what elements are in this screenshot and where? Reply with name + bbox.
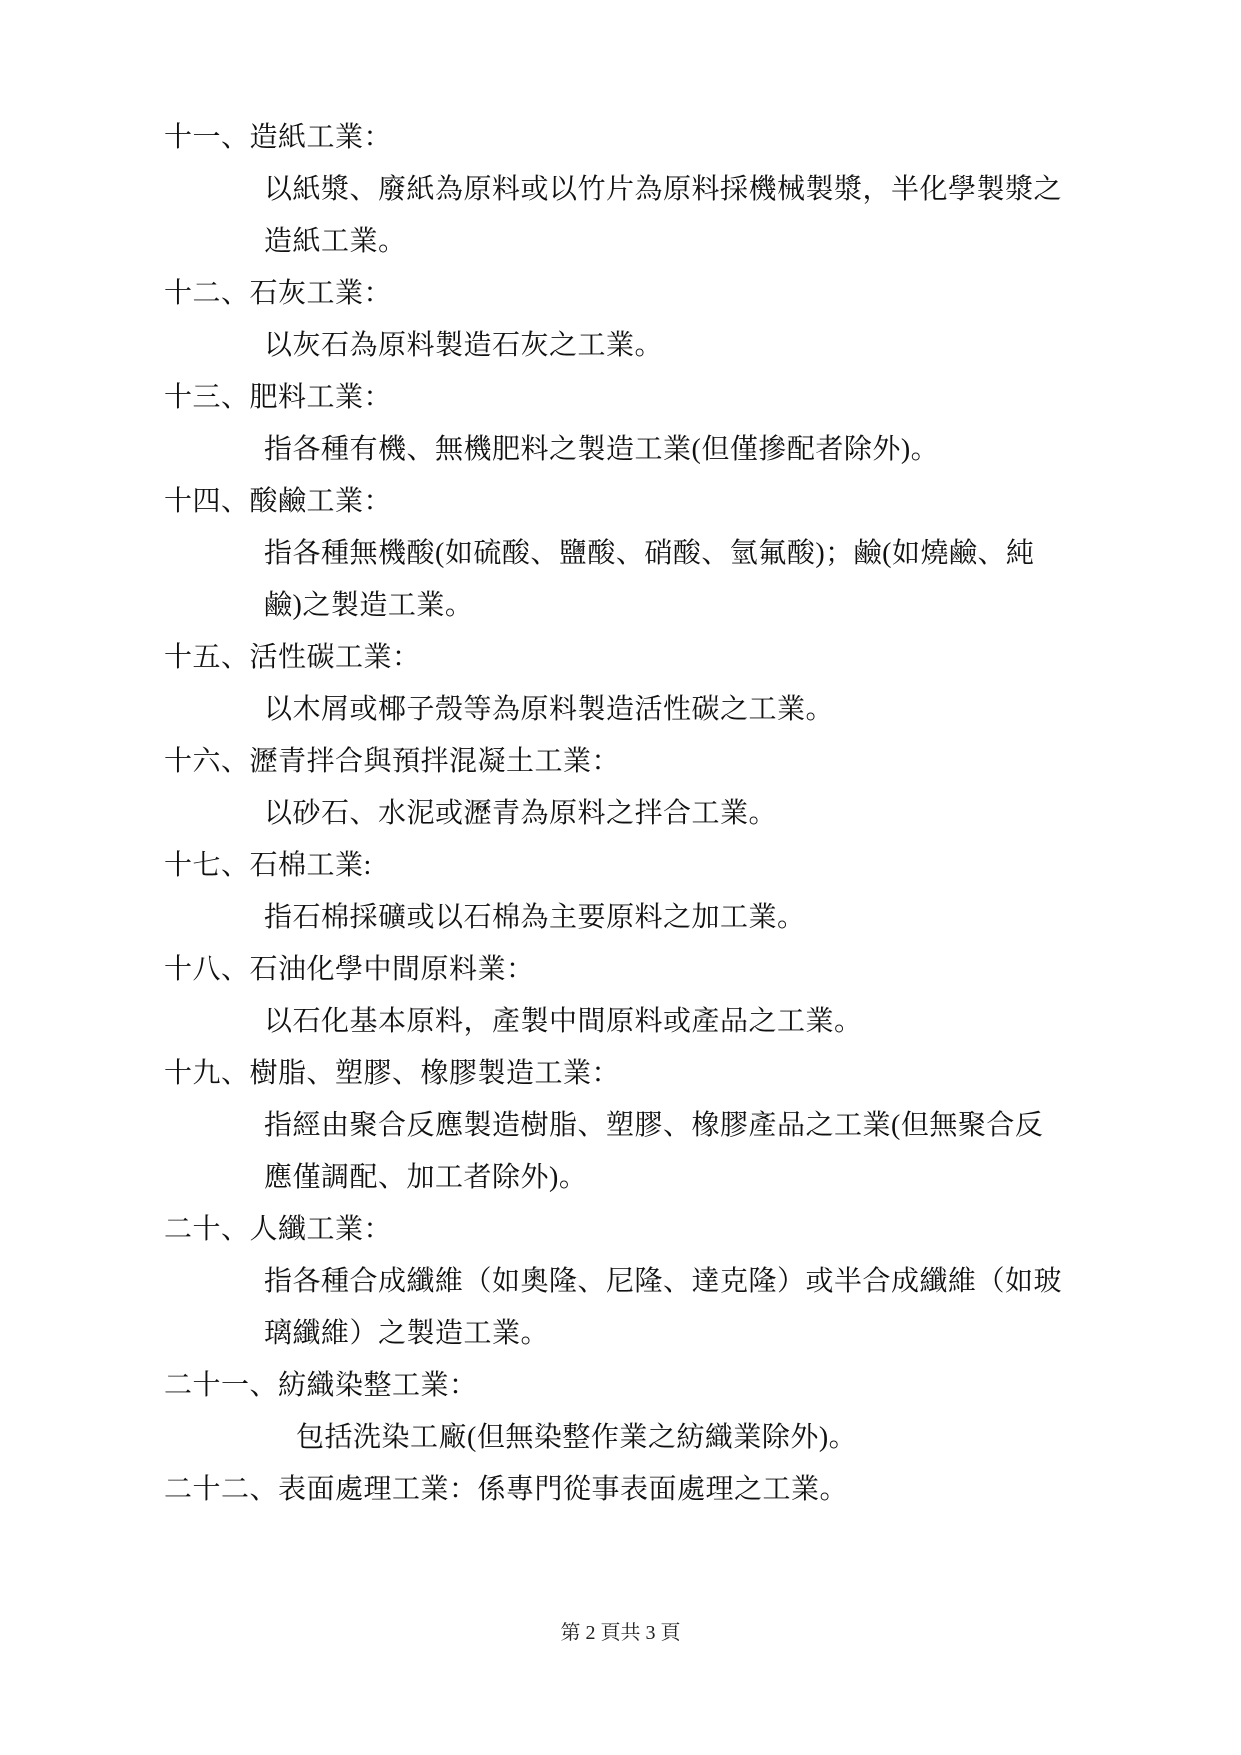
item-15-body-line-1: 以木屑或椰子殼等為原料製造活性碳之工業。 <box>164 684 1181 736</box>
item-17-heading: 十七、石棉工業: <box>164 840 1181 892</box>
item-16-heading: 十六、瀝青拌合與預拌混凝土工業： <box>164 736 1181 788</box>
item-21-body-line-1: 包括洗染工廠(但無染整作業之紡織業除外)。 <box>164 1412 1181 1464</box>
item-14-heading: 十四、酸鹼工業： <box>164 476 1181 528</box>
item-21-heading: 二十一、紡織染整工業： <box>164 1360 1181 1412</box>
item-13-body-line-1: 指各種有機、無機肥料之製造工業(但僅摻配者除外)。 <box>164 424 1181 476</box>
page-number-text: 第 2 頁共 3 頁 <box>561 1622 681 1644</box>
item-19-body-line-2: 應僅調配、加工者除外)。 <box>164 1152 1181 1204</box>
item-12-body-line-1: 以灰石為原料製造石灰之工業。 <box>164 320 1181 372</box>
item-16-body-line-1: 以砂石、水泥或瀝青為原料之拌合工業。 <box>164 788 1181 840</box>
item-14-body-line-2: 鹼)之製造工業。 <box>164 580 1181 632</box>
item-11-heading: 十一、造紙工業： <box>164 112 1181 164</box>
item-22-heading: 二十二、表面處理工業：係專門從事表面處理之工業。 <box>164 1464 1181 1516</box>
item-18-heading: 十八、石油化學中間原料業： <box>164 944 1181 996</box>
document-page: 十一、造紙工業： 以紙漿、廢紙為原料或以竹片為原料採機械製漿，半化學製漿之 造紙… <box>0 0 1241 1755</box>
item-11-body-line-2: 造紙工業。 <box>164 216 1181 268</box>
industry-definition-list: 十一、造紙工業： 以紙漿、廢紙為原料或以竹片為原料採機械製漿，半化學製漿之 造紙… <box>164 112 1181 1516</box>
item-18-body-line-1: 以石化基本原料，產製中間原料或產品之工業。 <box>164 996 1181 1048</box>
item-15-heading: 十五、活性碳工業： <box>164 632 1181 684</box>
item-12-heading: 十二、石灰工業： <box>164 268 1181 320</box>
item-11-body-line-1: 以紙漿、廢紙為原料或以竹片為原料採機械製漿，半化學製漿之 <box>164 164 1181 216</box>
item-19-body-line-1: 指經由聚合反應製造樹脂、塑膠、橡膠產品之工業(但無聚合反 <box>164 1100 1181 1152</box>
item-20-body-line-2: 璃纖維）之製造工業。 <box>164 1308 1181 1360</box>
item-13-heading: 十三、肥料工業： <box>164 372 1181 424</box>
item-14-body-line-1: 指各種無機酸(如硫酸、鹽酸、硝酸、氫氟酸)；鹼(如燒鹼、純 <box>164 528 1181 580</box>
item-20-heading: 二十、人纖工業： <box>164 1204 1181 1256</box>
page-footer: 第 2 頁共 3 頁 <box>0 1618 1241 1648</box>
item-19-heading: 十九、樹脂、塑膠、橡膠製造工業： <box>164 1048 1181 1100</box>
item-17-body-line-1: 指石棉採礦或以石棉為主要原料之加工業。 <box>164 892 1181 944</box>
item-20-body-line-1: 指各種合成纖維（如奧隆、尼隆、達克隆）或半合成纖維（如玻 <box>164 1256 1181 1308</box>
